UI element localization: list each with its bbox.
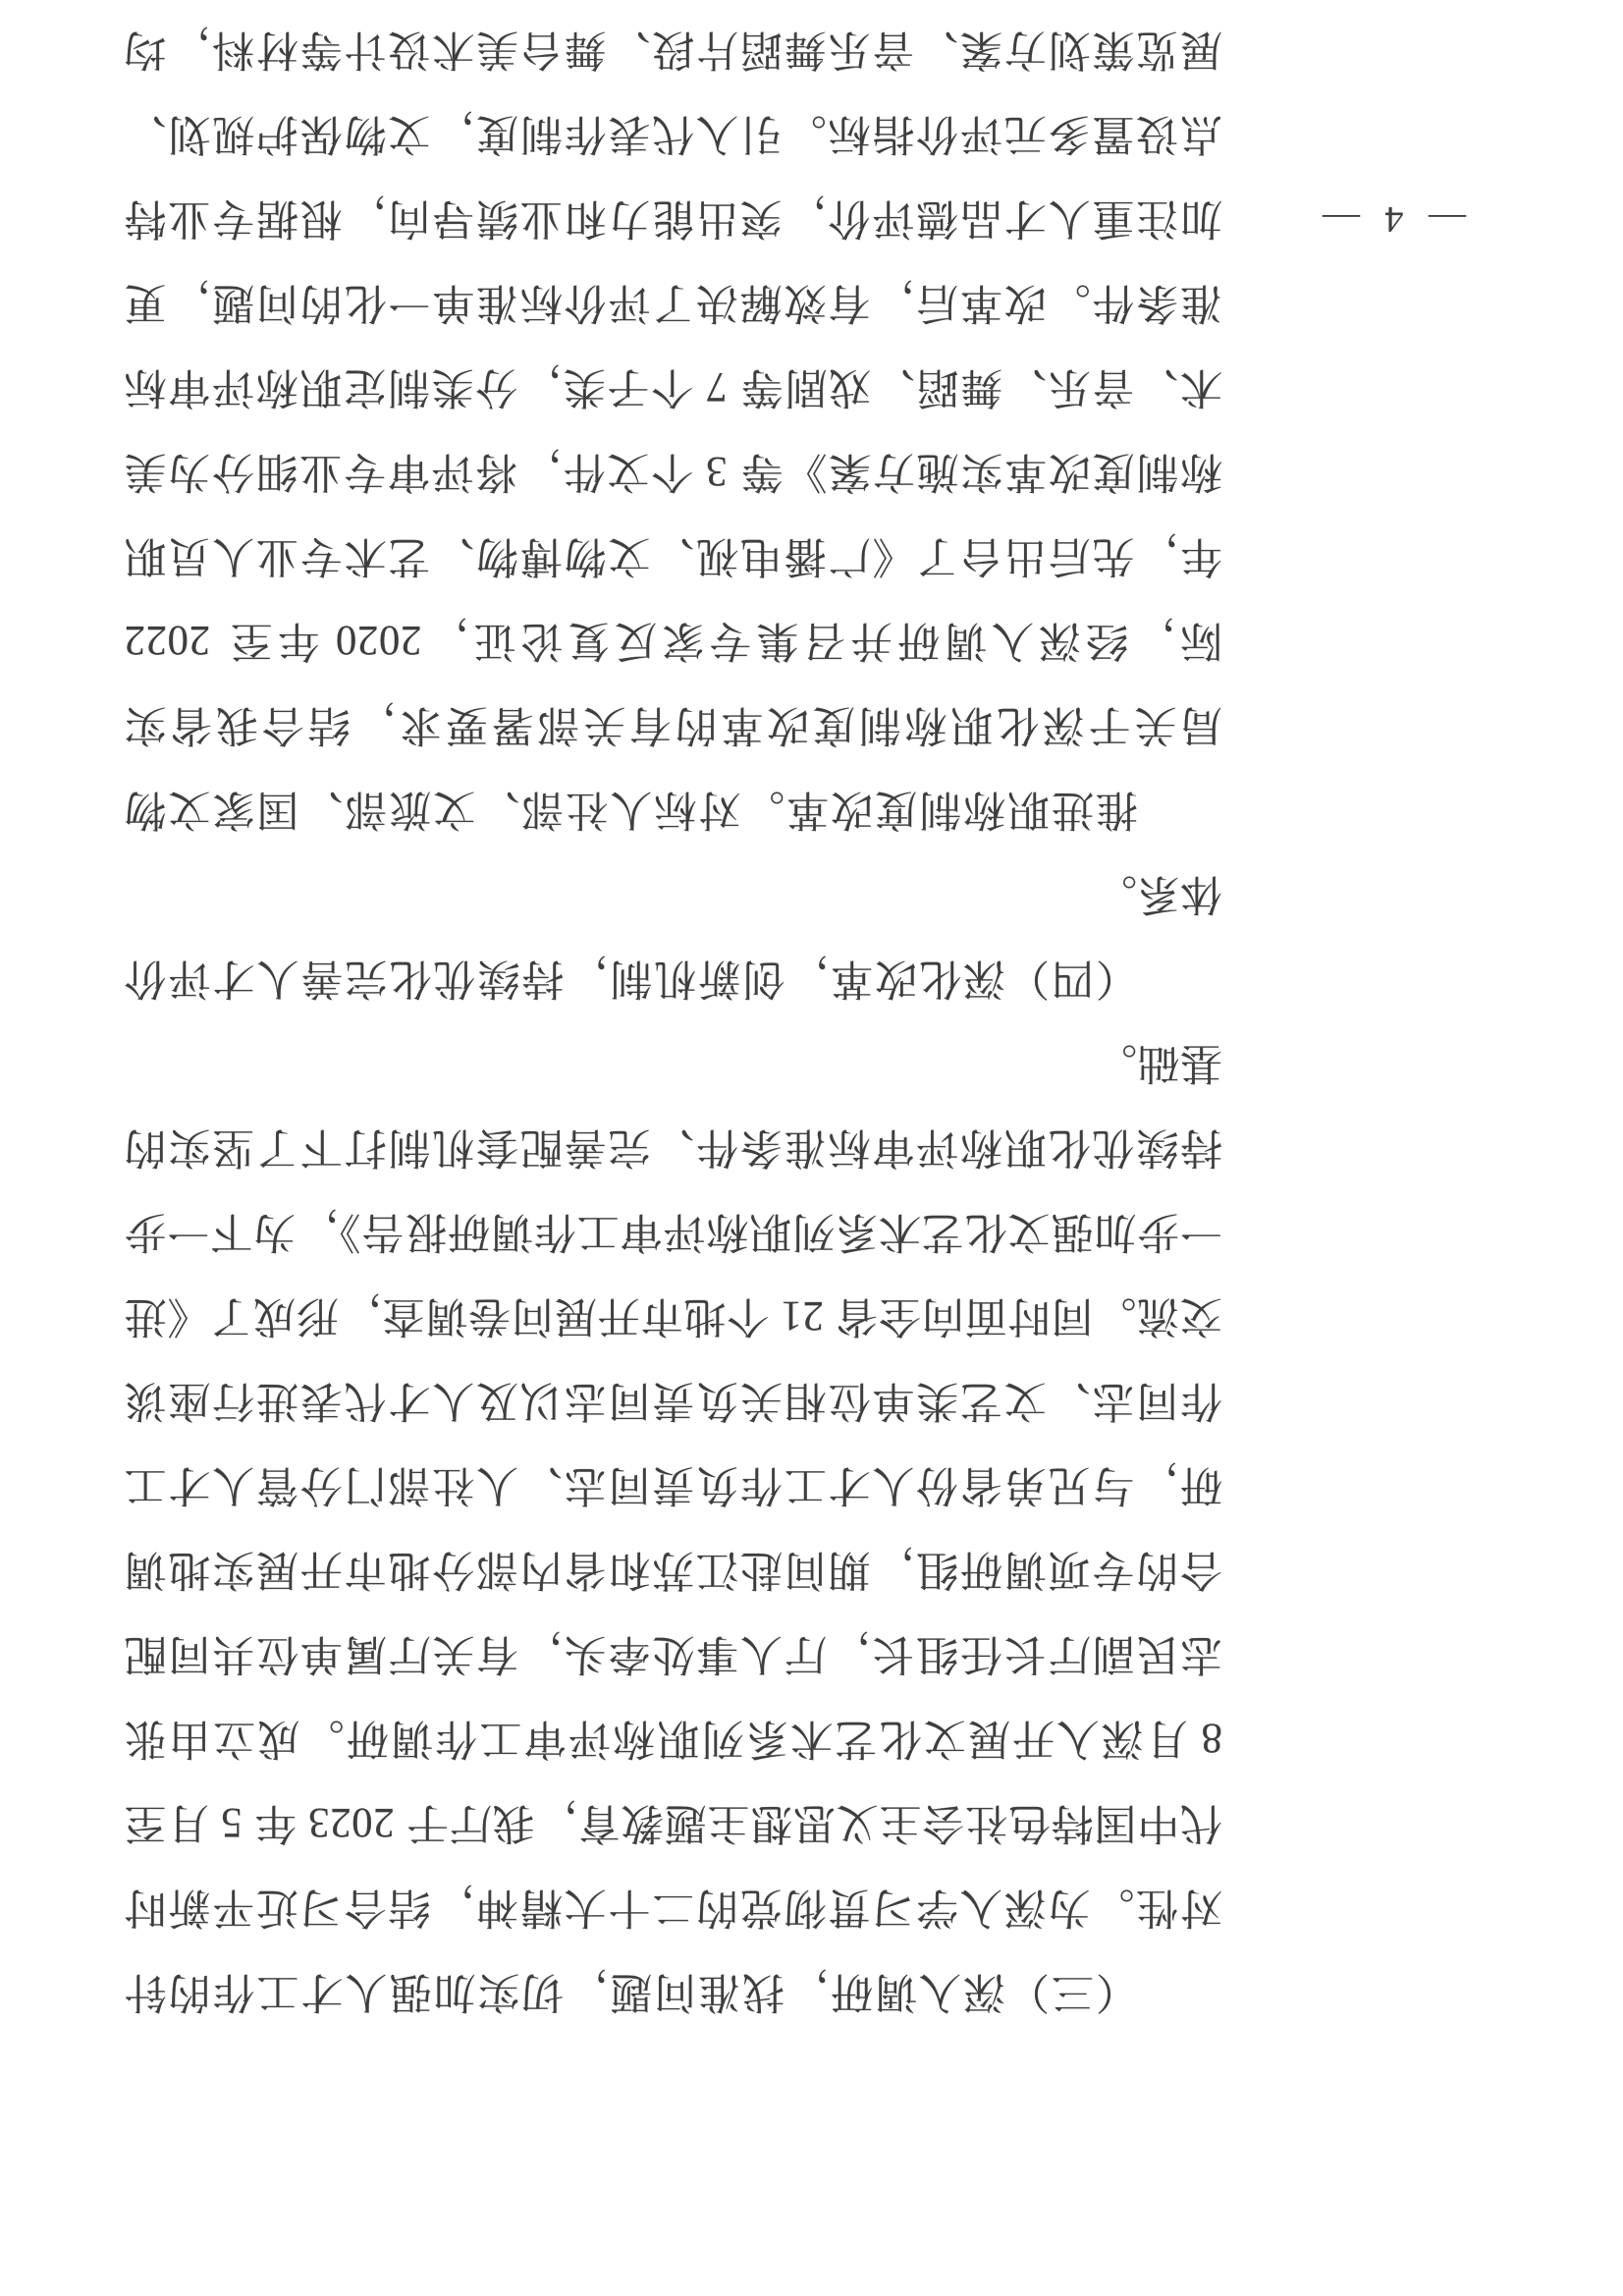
paragraph-section-4-body: 推进职称制度改革。对标人社部、文旅部、国家文物局关于深化职称制度改革的有关部署要… <box>124 0 1222 850</box>
document-sheet: （三）深入调研，找准问题，切实加强人才工作的针对性。为深入学习贯彻党的二十大精神… <box>0 0 1623 2296</box>
paragraph-section-4-heading: （四）深化改革，创新机制，持续优化完善人才评价体系。 <box>124 850 1222 1019</box>
scanned-page: （三）深入调研，找准问题，切实加强人才工作的针对性。为深入学习贯彻党的二十大精神… <box>0 0 1623 2296</box>
page-number: — 4 — <box>1315 196 1466 242</box>
paragraph-section-3: （三）深入调研，找准问题，切实加强人才工作的针对性。为深入学习贯彻党的二十大精神… <box>124 1019 1222 2033</box>
document-text-block: （三）深入调研，找准问题，切实加强人才工作的针对性。为深入学习贯彻党的二十大精神… <box>124 0 1222 2033</box>
